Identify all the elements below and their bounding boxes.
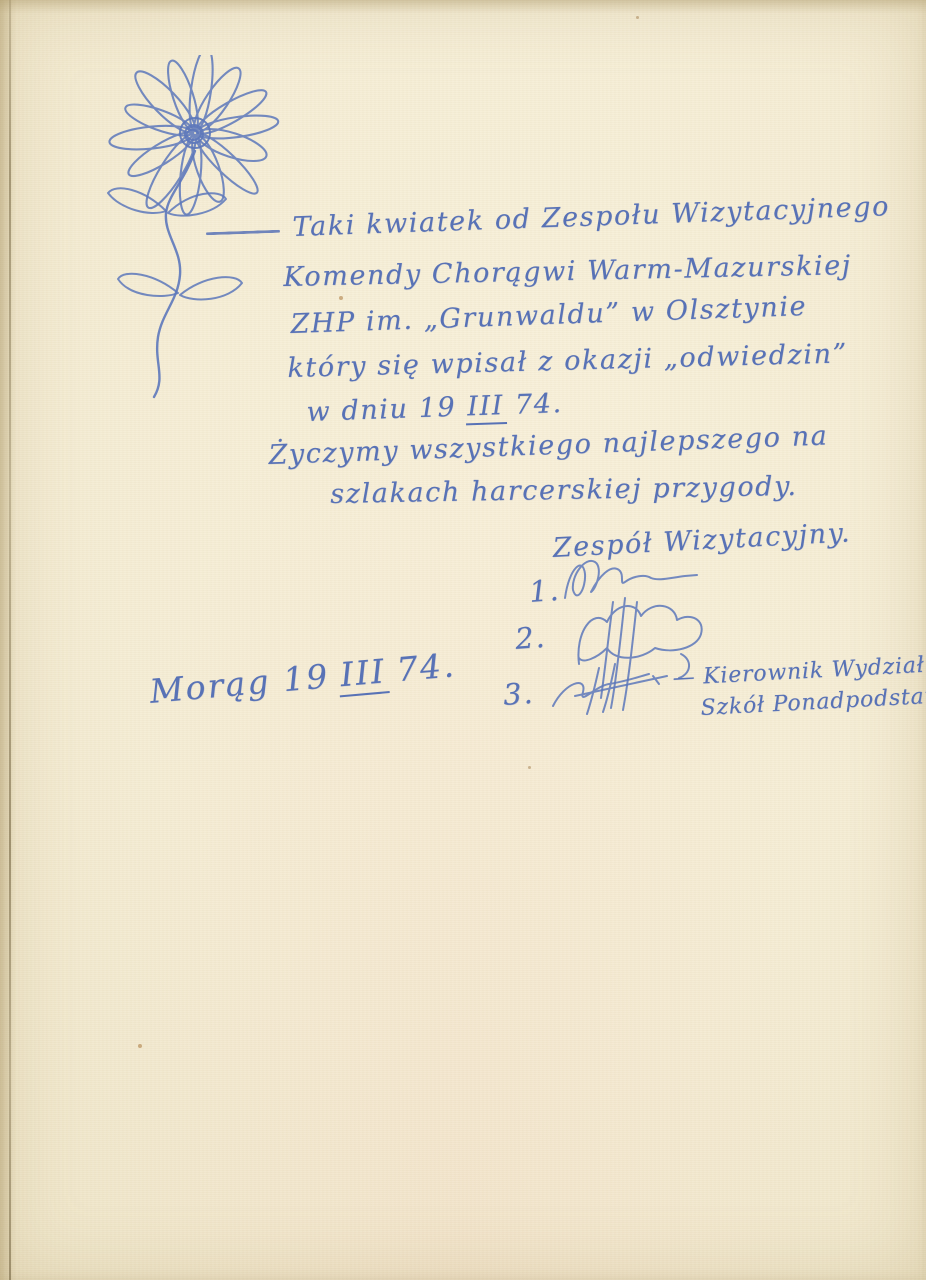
message-line-3: ZHP im. „Grunwaldu” w Olsztynie — [290, 291, 808, 340]
paper-speck — [636, 16, 639, 19]
flower-leaves — [108, 188, 242, 299]
place-date-roman-numeral: III — [337, 651, 390, 697]
place-date: Morąg 19III74. — [148, 645, 457, 711]
page-binding-crease — [9, 0, 11, 1280]
message-line-6: Życzymy wszystkiego najlepszego na — [268, 420, 829, 471]
page-top-edge-shade — [0, 0, 926, 14]
signature-scribble-3 — [553, 664, 667, 714]
date-in-text-year: 74. — [514, 388, 563, 421]
paper-speck — [528, 766, 531, 769]
paper-speck — [138, 1044, 142, 1048]
guestbook-page: Taki kwiatek od Zespołu Wizytacyjnego Ko… — [0, 0, 926, 1280]
page-left-edge-shade — [0, 0, 16, 1280]
signature-number-3: 3. — [502, 676, 535, 712]
message-line-5: w dniu 19III74. — [306, 388, 563, 428]
date-in-text-roman-numeral: III — [465, 390, 507, 425]
message-line-7: szlakach harcerskiej przygody. — [330, 471, 798, 510]
date-in-text-prefix: w dniu 19 — [306, 392, 457, 428]
flower-stem — [154, 151, 195, 397]
place-name: Morąg 19 — [148, 656, 331, 711]
paper-speck — [339, 296, 343, 300]
message-line-2: Komendy Chorągwi Warm-Mazurskiej — [283, 250, 852, 293]
place-date-year: 74. — [395, 645, 457, 689]
signature-scribble-1 — [565, 561, 697, 598]
signature-scribble-2 — [578, 598, 701, 710]
message-line-4: który się wpisał z okazji „odwiedzin” — [287, 338, 848, 384]
message-line-1: Taki kwiatek od Zespołu Wizytacyjnego — [292, 191, 890, 243]
